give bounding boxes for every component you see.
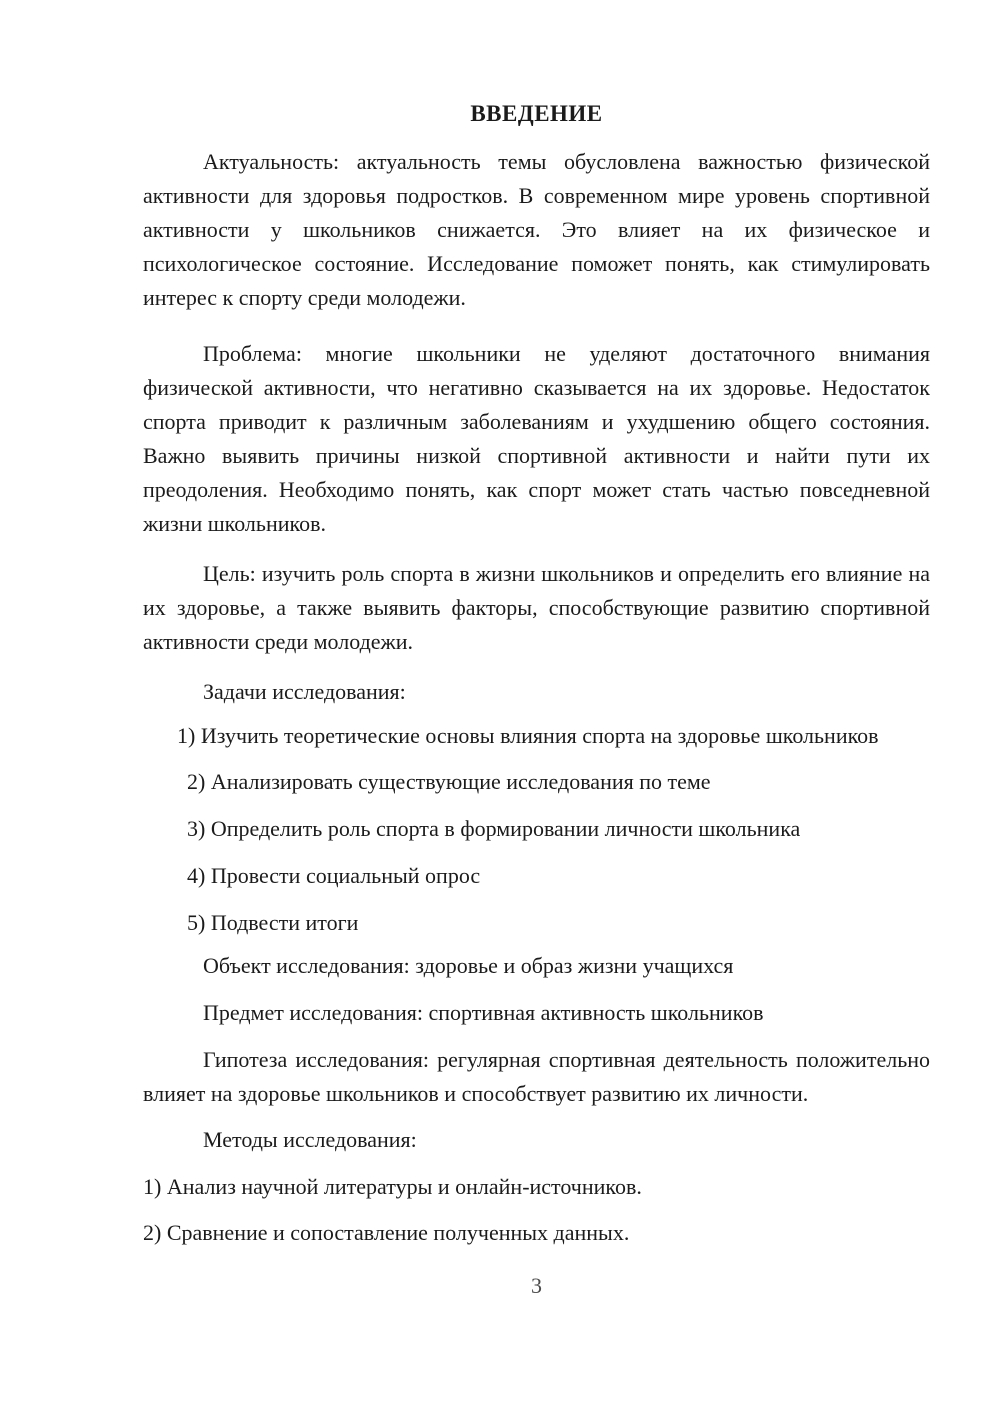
document-page: ВВЕДЕНИЕ Актуальность: актуальность темы… — [0, 0, 1000, 1414]
methods-label: Методы исследования: — [143, 1123, 930, 1157]
page-number: 3 — [143, 1269, 930, 1303]
task-item-2: 2) Анализировать существующие исследован… — [143, 765, 930, 799]
method-item-2: 2) Сравнение и сопоставление полученных … — [143, 1216, 930, 1250]
task-item-3: 3) Определить роль спорта в формировании… — [143, 812, 930, 846]
paragraph-hypothesis: Гипотеза исследования: регулярная спорти… — [143, 1043, 930, 1111]
paragraph-object: Объект исследования: здоровье и образ жи… — [143, 949, 930, 983]
paragraph-goal: Цель: изучить роль спорта в жизни школьн… — [143, 557, 930, 659]
tasks-label: Задачи исследования: — [143, 675, 930, 709]
task-item-1: 1) Изучить теоретические основы влияния … — [143, 719, 930, 753]
paragraph-problem: Проблема: многие школьники не уделяют до… — [143, 337, 930, 541]
method-item-1: 1) Анализ научной литературы и онлайн-ис… — [143, 1170, 930, 1204]
document-content: ВВЕДЕНИЕ Актуальность: актуальность темы… — [0, 0, 1000, 1303]
task-item-4: 4) Провести социальный опрос — [143, 859, 930, 893]
paragraph-subject: Предмет исследования: спортивная активно… — [143, 996, 930, 1030]
paragraph-relevance: Актуальность: актуальность темы обусловл… — [143, 145, 930, 315]
task-item-5: 5) Подвести итоги — [143, 906, 930, 940]
page-title: ВВЕДЕНИЕ — [143, 97, 930, 131]
